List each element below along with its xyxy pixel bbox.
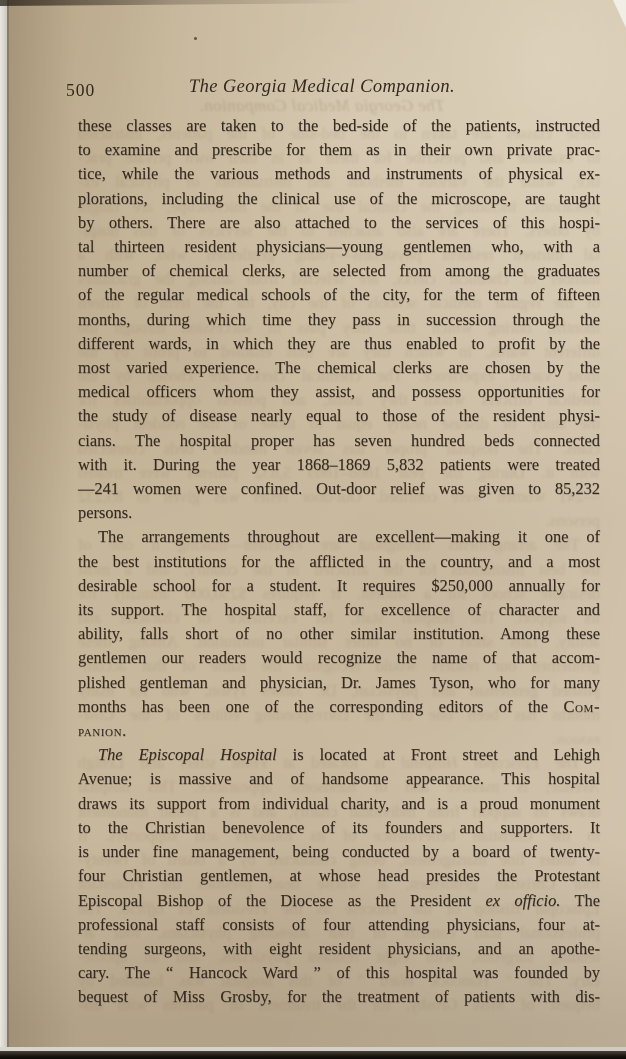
text-line: draws its support from individual charit…	[78, 792, 600, 816]
page-edge-seam	[7, 0, 9, 1048]
text-line: of the regular medical schools of the ci…	[78, 283, 600, 307]
text-line: —241 women were confined. Out-door relie…	[78, 477, 600, 501]
text-line: most varied experience. The chemical cle…	[78, 356, 600, 380]
text-segment: months has been one of the corresponding…	[78, 697, 563, 716]
text-segment: panion.	[78, 721, 127, 740]
text-line: The arrangements throughout are excellen…	[78, 525, 600, 549]
text-segment: draws its support from individual charit…	[78, 794, 600, 813]
text-segment: the best institutions for the afflicted …	[78, 552, 600, 571]
text-line: gentlemen our readers would recognize th…	[78, 646, 600, 670]
text-line: Episcopal Bishop of the Diocese as the P…	[78, 889, 600, 913]
text-line: tal thirteen resident physicians—young g…	[78, 235, 600, 259]
text-segment: is under fine management, being conducte…	[78, 842, 600, 861]
body-text: these classes are taken to the bed-side …	[78, 114, 600, 1010]
text-line: four Christian gentlemen, at whose head …	[78, 864, 600, 888]
text-segment: Avenue; is massive and of handsome appea…	[78, 769, 600, 788]
text-segment: by others. There are also attached to th…	[78, 213, 600, 232]
text-segment: medical officers whom they assist, and p…	[78, 382, 600, 401]
text-line: ability, falls short of no other similar…	[78, 622, 600, 646]
bleedthrough-title: The Georgia Medical Companion.	[199, 96, 445, 116]
text-segment: the study of disease nearly equal to tho…	[78, 406, 600, 425]
text-line: the best institutions for the afflicted …	[78, 550, 600, 574]
text-segment: Episcopal Bishop of the Diocese as the P…	[78, 891, 485, 910]
text-segment: most varied experience. The chemical cle…	[78, 358, 600, 377]
text-segment: four Christian gentlemen, at whose head …	[78, 866, 600, 885]
text-segment: number of chemical clerks, are selected …	[78, 261, 600, 280]
text-segment: is located at Front street and Lehigh	[277, 745, 600, 764]
text-line: months, during which time they pass in s…	[78, 308, 600, 332]
text-line: bequest of Miss Grosby, for the treatmen…	[78, 985, 600, 1009]
text-line: professional staff consists of four atte…	[78, 913, 600, 937]
text-line: The Episcopal Hospital is located at Fro…	[78, 743, 600, 767]
text-line: plished gentleman and physician, Dr. Jam…	[78, 671, 600, 695]
text-line: tending surgeons, with eight resident ph…	[78, 937, 600, 961]
text-line: cians. The hospital proper has seven hun…	[78, 429, 600, 453]
ink-speck	[194, 37, 197, 40]
text-line: number of chemical clerks, are selected …	[78, 259, 600, 283]
paragraph: these classes are taken to the bed-side …	[78, 114, 600, 525]
text-line: the study of disease nearly equal to tho…	[78, 404, 600, 428]
text-segment: to examine and prescribe for them as in …	[78, 140, 600, 159]
text-line: these classes are taken to the bed-side …	[78, 114, 600, 138]
text-segment: gentlemen our readers would recognize th…	[78, 648, 600, 667]
text-segment: different wards, in which they are thus …	[78, 334, 600, 353]
text-segment: to the Christian benevolence of its foun…	[78, 818, 600, 837]
text-line: is under fine management, being conducte…	[78, 840, 600, 864]
text-segment: ex officio.	[485, 891, 560, 910]
text-segment: cians. The hospital proper has seven hun…	[78, 431, 600, 450]
text-segment: The arrangements throughout are excellen…	[98, 527, 600, 546]
text-line: by others. There are also attached to th…	[78, 211, 600, 235]
paragraph: The arrangements throughout are excellen…	[78, 525, 600, 743]
text-line: medical officers whom they assist, and p…	[78, 380, 600, 404]
text-segment: The	[560, 891, 600, 910]
text-segment: persons.	[78, 503, 132, 522]
text-segment: tending surgeons, with eight resident ph…	[78, 939, 600, 958]
text-segment: desirable school for a student. It requi…	[78, 576, 600, 595]
text-segment: Com-	[563, 697, 600, 716]
text-segment: with it. During the year 1868–1869 5,832…	[78, 455, 600, 474]
text-segment: —241 women were confined. Out-door relie…	[78, 479, 600, 498]
scan-bottom-border	[0, 1051, 626, 1059]
text-line: different wards, in which they are thus …	[78, 332, 600, 356]
running-title: The Georgia Medical Companion.	[189, 77, 455, 98]
text-segment: these classes are taken to the bed-side …	[78, 116, 600, 135]
page-left-edge	[0, 0, 7, 1059]
text-line: plorations, including the clinical use o…	[78, 187, 600, 211]
page-number: 500	[66, 80, 95, 101]
text-segment: cary. The “ Hancock Ward ” of this hospi…	[78, 963, 600, 982]
text-line: to examine and prescribe for them as in …	[78, 138, 600, 162]
text-line: Avenue; is massive and of handsome appea…	[78, 767, 600, 791]
text-segment: plished gentleman and physician, Dr. Jam…	[78, 673, 600, 692]
text-line: tice, while the various methods and inst…	[78, 162, 600, 186]
text-segment: tal thirteen resident physicians—young g…	[78, 237, 600, 256]
text-segment: bequest of Miss Grosby, for the treatmen…	[78, 987, 600, 1006]
text-segment: tice, while the various methods and inst…	[78, 164, 600, 183]
text-line: with it. During the year 1868–1869 5,832…	[78, 453, 600, 477]
text-line: desirable school for a student. It requi…	[78, 574, 600, 598]
text-line: its support. The hospital staff, for exc…	[78, 598, 600, 622]
text-segment: professional staff consists of four atte…	[78, 915, 600, 934]
text-line: months has been one of the corresponding…	[78, 695, 600, 719]
text-line: persons.	[78, 501, 600, 525]
text-segment: The Episcopal Hospital	[98, 745, 277, 764]
text-line: to the Christian benevolence of its foun…	[78, 816, 600, 840]
text-segment: of the regular medical schools of the ci…	[78, 285, 600, 304]
text-line: panion.	[78, 719, 600, 743]
paragraph: The Episcopal Hospital is located at Fro…	[78, 743, 600, 1009]
text-line: cary. The “ Hancock Ward ” of this hospi…	[78, 961, 600, 985]
scanned-book-page: The Georgia Medical Companion. 500 The G…	[0, 0, 626, 1059]
text-segment: months, during which time they pass in s…	[78, 310, 600, 329]
text-segment: plorations, including the clinical use o…	[78, 189, 600, 208]
text-segment: ability, falls short of no other similar…	[78, 624, 600, 643]
text-segment: its support. The hospital staff, for exc…	[78, 600, 600, 619]
